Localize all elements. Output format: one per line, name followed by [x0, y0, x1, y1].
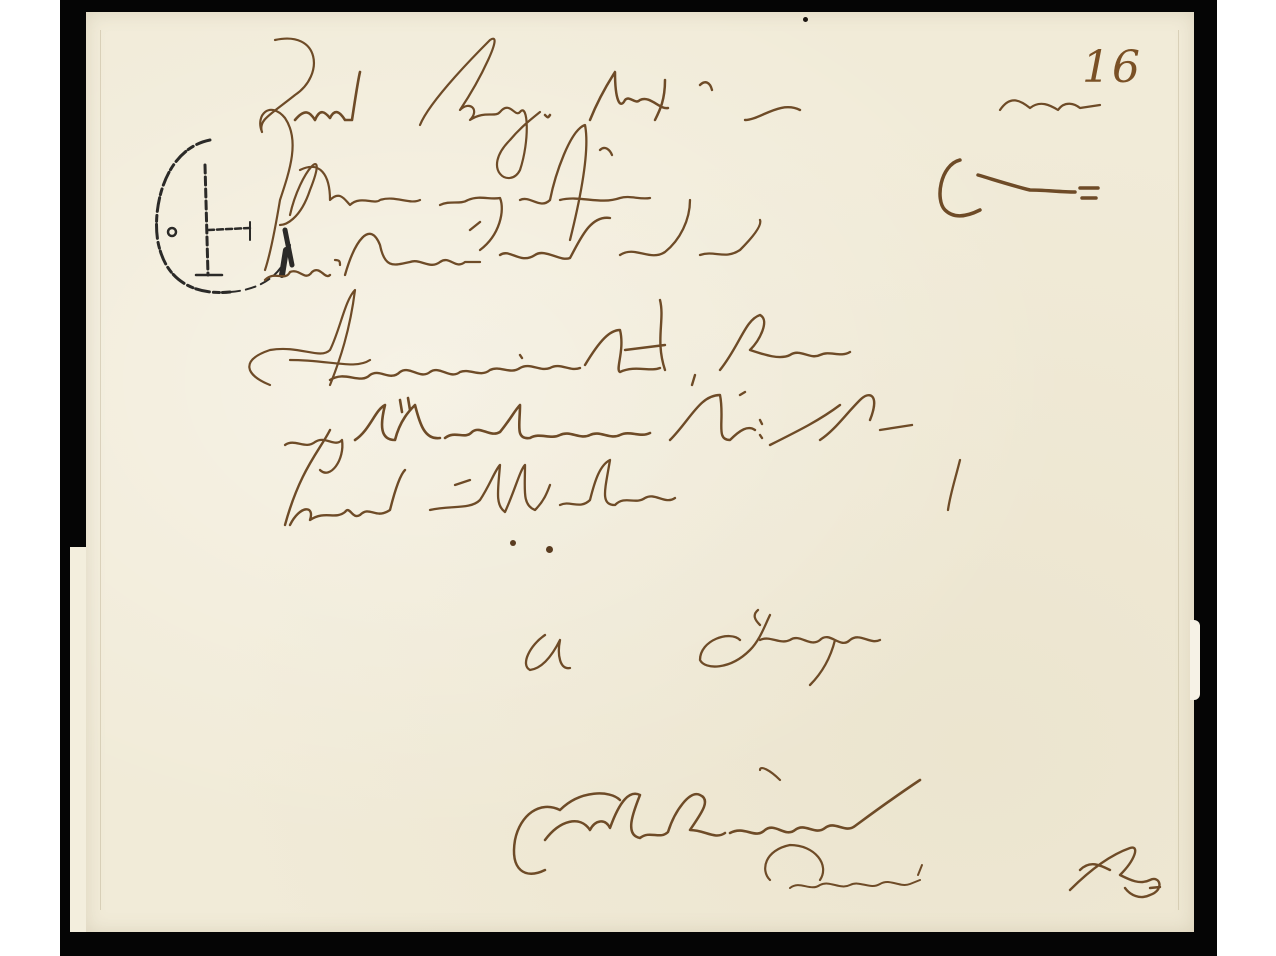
ink-spot — [546, 546, 553, 553]
address-line: Hvad Kongl. Maij:ts Trone — [0, 0, 1, 1]
ink-spot — [510, 540, 516, 546]
fold-crease-right — [1178, 30, 1179, 910]
fold-crease-left — [100, 30, 101, 910]
letter-cover — [86, 12, 1194, 932]
ink-spot — [803, 17, 808, 22]
right-fold-flap — [1190, 620, 1200, 700]
rate-marking: 16 — [1082, 42, 1142, 93]
address-transcription: Hvad Kongl. Maij:ts Trone Man och öfver … — [0, 0, 1, 1]
